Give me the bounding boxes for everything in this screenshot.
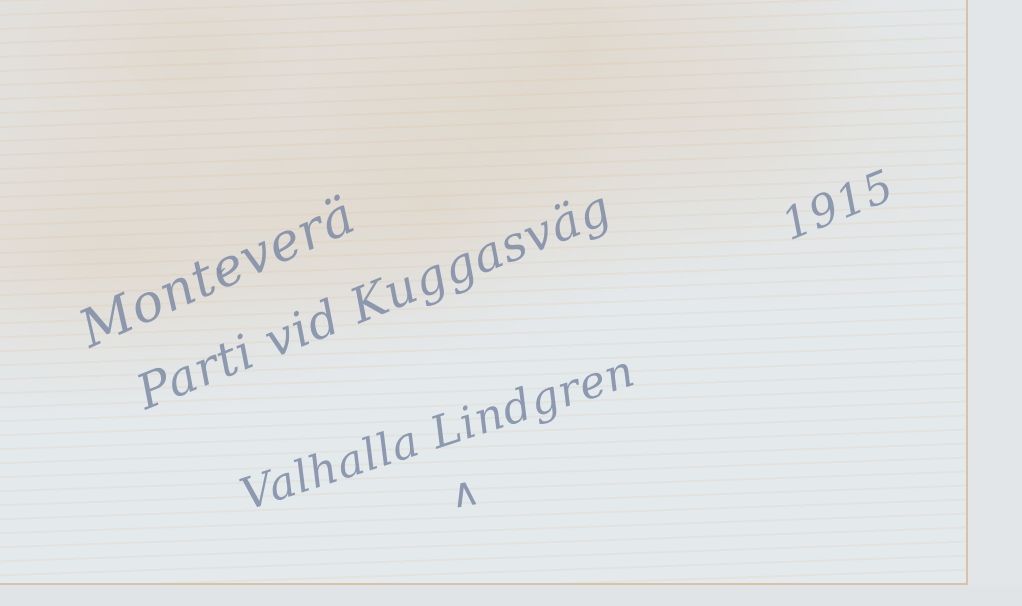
signature: Valhalla Lindgren [234, 345, 641, 521]
frame-mat-right [968, 0, 1022, 606]
small-mark: ∧ [446, 468, 484, 519]
frame-mat-bottom [0, 585, 1022, 606]
inscription-year: 1915 [775, 160, 902, 251]
paper-sheet: ˇ Monteverä Parti vid Kuggasväg 1915 Val… [0, 0, 968, 585]
